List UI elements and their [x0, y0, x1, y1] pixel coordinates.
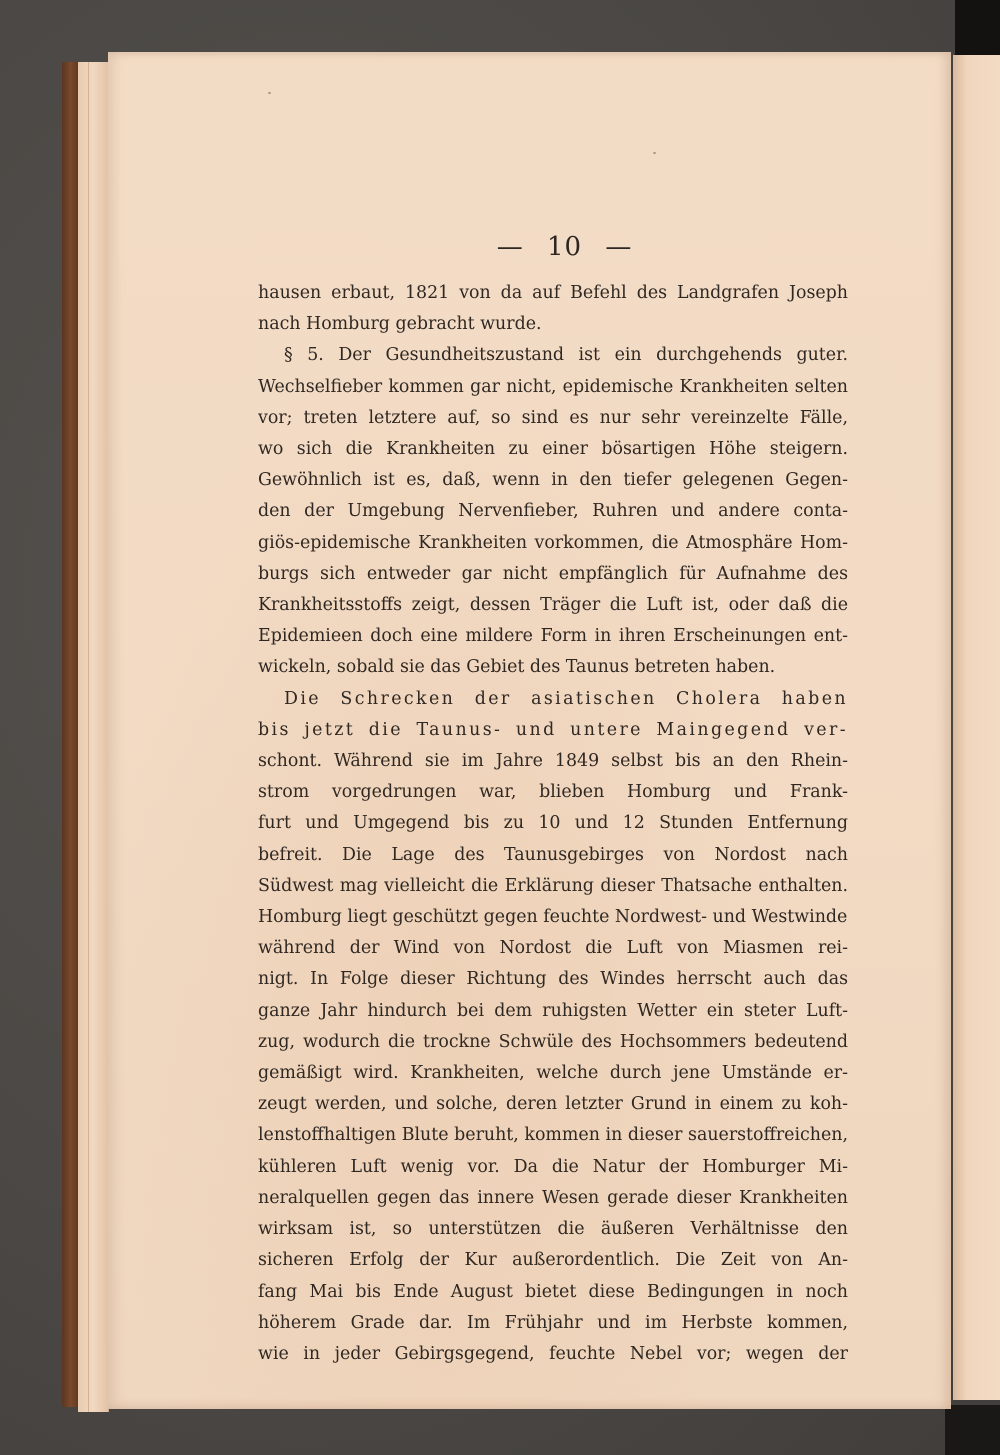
text-line: kühleren Luft wenig vor. Da die Natur de…: [258, 1152, 848, 1183]
text-line: sicheren Erfolg der Kur außerordentlich.…: [258, 1245, 848, 1276]
paper-speck: [653, 152, 656, 154]
text-line: wo sich die Krankheiten zu einer bösarti…: [258, 434, 848, 465]
text-line: nigt. In Folge dieser Richtung des Winde…: [258, 964, 848, 995]
scanned-book-spread: — 10 — hausen erbaut, 1821 von da auf Be…: [0, 0, 1000, 1455]
text-line: neralquellen gegen das innere Wesen gera…: [258, 1183, 848, 1214]
text-line: furt und Umgegend bis zu 10 und 12 Stund…: [258, 808, 848, 839]
text-line: schont. Während sie im Jahre 1849 selbst…: [258, 746, 848, 777]
text-line: burgs sich entweder gar nicht empfänglic…: [258, 559, 848, 590]
section-heading-line: § 5. Der Gesundheitszustand ist ein durc…: [258, 340, 848, 371]
spine-shadow: [955, 0, 1000, 55]
text-line: höherem Grade dar. Im Frühjahr und im He…: [258, 1308, 848, 1339]
text-line: wie in jeder Gebirgsgegend, feuchte Nebe…: [258, 1339, 848, 1370]
text-line: Epidemieen doch eine mildere Form in ihr…: [258, 621, 848, 652]
text-line: befreit. Die Lage des Taunusgebirges von…: [258, 840, 848, 871]
text-line: wickeln, sobald sie das Gebiet des Taunu…: [258, 652, 848, 683]
text-line: während der Wind von Nordost die Luft vo…: [258, 933, 848, 964]
text-line: nach Homburg gebracht wurde.: [258, 309, 848, 340]
corner-shadow: [945, 1405, 1000, 1455]
text-line: zug, wodurch die trockne Schwüle des Hoc…: [258, 1027, 848, 1058]
text-line: Die Schrecken der asiatischen Cholera ha…: [258, 684, 848, 715]
text-line: ganze Jahr hindurch bei dem ruhigsten We…: [258, 996, 848, 1027]
text-line: lenstoffhaltigen Blute beruht, kommen in…: [258, 1120, 848, 1151]
facing-page-edge: [953, 55, 1000, 1400]
text-line: Wechselfieber kommen gar nicht, epidemis…: [258, 372, 848, 403]
text-line: Krankheitsstoffs zeigt, dessen Träger di…: [258, 590, 848, 621]
page-number-value: 10: [547, 232, 582, 262]
text-line: hausen erbaut, 1821 von da auf Befehl de…: [258, 278, 848, 309]
text-line: den der Umgebung Nervenfieber, Ruhren un…: [258, 496, 848, 527]
book-page: — 10 — hausen erbaut, 1821 von da auf Be…: [108, 52, 951, 1409]
text-line: bis jetzt die Taunus- und untere Maingeg…: [258, 715, 848, 746]
text-line: fang Mai bis Ende August bietet diese Be…: [258, 1277, 848, 1308]
text-line: Gewöhnlich ist es, daß, wenn in den tief…: [258, 465, 848, 496]
page-number-dash-right: —: [605, 232, 632, 262]
text-line: gemäßigt wird. Krankheiten, welche durch…: [258, 1058, 848, 1089]
page-number: — 10 —: [108, 232, 951, 262]
page-number-dash-left: —: [497, 232, 524, 262]
paper-speck: [268, 92, 271, 94]
text-line: giös-epidemische Krankheiten vorkommen, …: [258, 528, 848, 559]
text-line: Homburg liegt geschützt gegen feuchte No…: [258, 902, 848, 933]
text-line: vor; treten letztere auf, so sind es nur…: [258, 403, 848, 434]
text-line: wirksam ist, so unterstützen die äußeren…: [258, 1214, 848, 1245]
text-line: Südwest mag vielleicht die Erklärung die…: [258, 871, 848, 902]
text-line: zeugt werden, und solche, deren letzter …: [258, 1089, 848, 1120]
page-stack-edge: [78, 62, 109, 1412]
body-text: hausen erbaut, 1821 von da auf Befehl de…: [258, 278, 848, 1370]
text-line: strom vorgedrungen war, blieben Homburg …: [258, 777, 848, 808]
